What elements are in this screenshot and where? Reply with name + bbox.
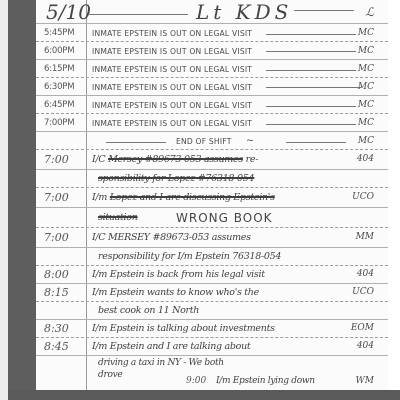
- entry-text: best cook on 11 North: [98, 305, 199, 316]
- entry-text: INMATE EPSTEIN IS OUT ON LEGAL VISIT: [92, 83, 252, 92]
- log-row: 7:00 I/C Mersey #89673-053 assumes re- 4…: [36, 150, 388, 170]
- log-row: sponsibility for Lopez #76318-054: [36, 170, 388, 188]
- scan-bottom-edge: [8, 390, 400, 400]
- entry-initials: 404: [357, 269, 374, 279]
- entry-time: 6:45PM: [44, 100, 74, 110]
- entry-initials: MC: [358, 46, 374, 56]
- log-row: 5:45PM INMATE EPSTEIN IS OUT ON LEGAL VI…: [36, 24, 388, 42]
- entry-text: responsibility for I/m Epstein 76318-054: [98, 251, 281, 262]
- header-row: 5/10 Lt KDS ℒ: [36, 0, 388, 24]
- log-row: responsibility for I/m Epstein 76318-054: [36, 248, 388, 266]
- entry-initials: 404: [357, 154, 374, 164]
- entry-text: INMATE EPSTEIN IS OUT ON LEGAL VISIT: [92, 65, 252, 74]
- unit-label: 5/10: [46, 0, 91, 24]
- entry-time: 6:15PM: [44, 64, 74, 74]
- entry-suffix: re-: [246, 154, 258, 165]
- end-of-shift-signature: ~: [246, 135, 254, 146]
- struck-text: Mersey #89673-053 assumes: [108, 154, 243, 165]
- entry-text: I/m Epstein wants to know who's the: [92, 287, 259, 298]
- entry-text: INMATE EPSTEIN IS OUT ON LEGAL VISIT: [92, 101, 252, 110]
- signature-mark: ℒ: [365, 5, 374, 19]
- entry-text: I/m Epstein is talking about investments: [92, 323, 275, 334]
- struck-text: situation: [98, 212, 138, 223]
- shift-label: Lt KDS: [196, 0, 292, 24]
- entry-time: 5:45PM: [44, 28, 74, 38]
- log-row: END OF SHIFT ~ MC: [36, 132, 388, 150]
- log-row: 6:45PM INMATE EPSTEIN IS OUT ON LEGAL VI…: [36, 96, 388, 114]
- entry-initials: MC: [358, 118, 374, 128]
- entry-initials: MM: [356, 232, 374, 242]
- entry-initials: 404: [357, 341, 374, 351]
- entry-initials: EOM: [351, 323, 374, 333]
- log-row: best cook on 11 North: [36, 302, 388, 320]
- entry-prefix: I/m: [92, 192, 107, 203]
- entry-text: INMATE EPSTEIN IS OUT ON LEGAL VISIT: [92, 47, 252, 56]
- logbook-binding: [8, 0, 36, 400]
- entry-time: 8:30: [44, 322, 69, 335]
- log-row: 7:00 I/C MERSEY #89673-053 assumes MM: [36, 228, 388, 248]
- entry-time: 6:00PM: [44, 46, 74, 56]
- log-row: 8:30 I/m Epstein is talking about invest…: [36, 320, 388, 338]
- entry-text: INMATE EPSTEIN IS OUT ON LEGAL VISIT: [92, 119, 252, 128]
- scan-edge: [0, 0, 8, 400]
- log-row: 6:00PM INMATE EPSTEIN IS OUT ON LEGAL VI…: [36, 42, 388, 60]
- entry-prefix: I/C: [92, 154, 105, 165]
- end-of-shift-text: END OF SHIFT: [176, 137, 232, 146]
- log-row: 8:15 I/m Epstein wants to know who's the…: [36, 284, 388, 302]
- entry-time: 7:00: [44, 153, 69, 166]
- entry-time: 7:00: [44, 231, 69, 244]
- entry-initials: MC: [358, 64, 374, 74]
- struck-text: Lopez and I are discussing Epstein's: [110, 192, 275, 203]
- entry-time: 7:00: [44, 191, 69, 204]
- entry-time: 7:00PM: [44, 118, 74, 128]
- entry-time: 8:15: [44, 286, 69, 299]
- entry-time: 8:45: [44, 340, 69, 353]
- log-row: 7:00PM INMATE EPSTEIN IS OUT ON LEGAL VI…: [36, 114, 388, 132]
- logbook-page: 5/10 Lt KDS ℒ 5:45PM INMATE EPSTEIN IS O…: [36, 0, 388, 390]
- log-row: 6:30PM INMATE EPSTEIN IS OUT ON LEGAL VI…: [36, 78, 388, 96]
- log-row: 6:15PM INMATE EPSTEIN IS OUT ON LEGAL VI…: [36, 60, 388, 78]
- struck-text: sponsibility for Lopez #76318-054: [98, 173, 254, 184]
- entry-initials: MC: [358, 100, 374, 110]
- log-row: situation WRONG BOOK: [36, 208, 388, 228]
- log-row: 8:45 I/m Epstein and I are talking about…: [36, 338, 388, 356]
- entry-text: I/m Epstein and I are talking about: [92, 341, 250, 352]
- entry-text: I/C MERSEY #89673-053 assumes: [92, 232, 251, 243]
- entry-time: 6:30PM: [44, 82, 74, 92]
- wrong-book-note: WRONG BOOK: [176, 211, 273, 225]
- entry-initials: MC: [358, 28, 374, 38]
- entry-time: 8:00: [44, 268, 69, 281]
- entry-initials: UCO: [352, 287, 374, 297]
- log-row: 8:00 I/m Epstein is back from his legal …: [36, 266, 388, 284]
- log-row: 7:00 I/m Lopez and I are discussing Epst…: [36, 188, 388, 208]
- entry-initials: MC: [358, 136, 374, 146]
- entry-text: I/m Epstein is back from his legal visit: [92, 269, 265, 280]
- entry-initials: UCO: [352, 192, 374, 202]
- entry-text: INMATE EPSTEIN IS OUT ON LEGAL VISIT: [92, 29, 252, 38]
- entry-initials: MC: [358, 82, 374, 92]
